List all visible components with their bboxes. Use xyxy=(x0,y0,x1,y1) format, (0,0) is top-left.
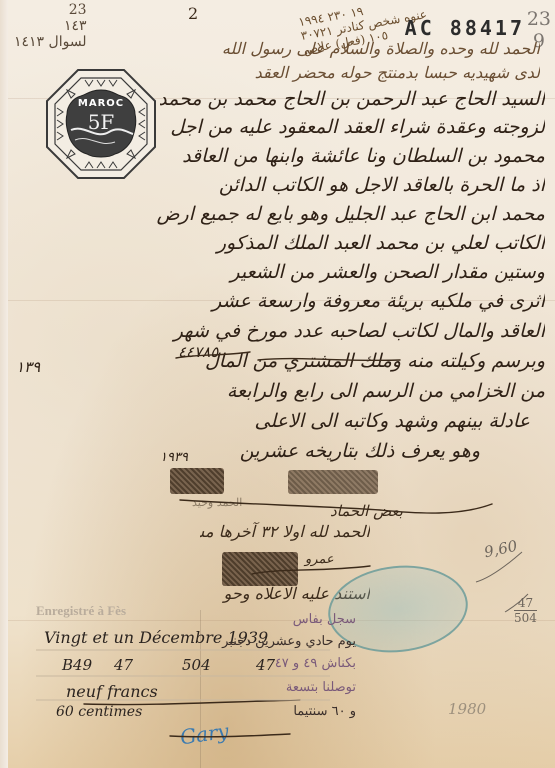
pencil-year: 1980 xyxy=(448,700,486,718)
fraction-denominator: 504 xyxy=(514,610,537,625)
note-line: 23 xyxy=(14,2,87,18)
witness-2-name: بعض الحماد xyxy=(330,502,403,520)
body-line: اذ ما الحرة بالعاقد الاجل هو الكاتب الدا… xyxy=(10,174,545,196)
registration-amount-francs: neuf francs xyxy=(66,682,158,701)
inline-number: ٤٤٧٨٥ xyxy=(178,343,218,361)
body-line: الكاتب لعلي بن محمد العبد الملك المذكور xyxy=(10,232,545,254)
arabic-stamp-line: يوم حادي وعشرين دجنبر xyxy=(246,634,356,649)
body-line: وهو يعرف ذلك بتاريخه عشرين xyxy=(10,440,480,462)
registration-amount-centimes: 60 centimes xyxy=(56,704,142,720)
body-line: من الخزامي من الرسم الى رابع والرابعة xyxy=(10,380,545,402)
body-line: السيد الحاج عبد الرحمن بن الحاج محمد بن … xyxy=(160,88,545,110)
body-line: لزوجته وعقدة شراء العقد المعقود عليه من … xyxy=(10,116,545,138)
body-line: العاقد والمال لكاتب لصاحبه عدد مورخ في ش… xyxy=(10,320,545,342)
body-line: عادلة بينهم وشهد وكاتبه الى الاعلى xyxy=(10,410,530,432)
fraction-numerator: 47 xyxy=(514,596,537,610)
body-line: وبرسم وكيلته منه وملك المشتري من المال xyxy=(10,350,545,372)
signature-seal-ink xyxy=(222,552,298,586)
note-line: ١٤٣ xyxy=(14,18,87,34)
inline-year: ١٣٩ xyxy=(16,358,40,376)
body-line: محمد ابن الحاج عبد الجليل وهو بايع له جم… xyxy=(10,203,545,225)
page-number: 2 xyxy=(188,4,198,23)
inline-date: ١٩٣٩ xyxy=(160,450,188,465)
note-line: لسوال ١٤١٣ xyxy=(14,34,87,50)
body-line: لدى شهيديه حبسا بدمنتج حوله محضر العقد xyxy=(40,62,540,84)
stamp-country: MAROC xyxy=(45,98,157,109)
arabic-stamp-line: توصلنا بتسعة xyxy=(266,680,356,695)
serial-number: AC 88417 xyxy=(405,16,525,40)
registration-printed-label: Enregistré à Fès xyxy=(36,603,126,619)
witness-1-name: الحمد وحيد xyxy=(192,496,242,509)
notary-line: الحمد لله اولا ٣٢ آخرها مساو اعلم xyxy=(200,522,370,541)
body-line: الحمد لله وحده والصلاة والسلام على رسول … xyxy=(110,38,540,60)
registration-folio-3: 504 xyxy=(182,656,211,674)
body-line: اثرى في ملكيه بريئة معروفة وارسعة عشر xyxy=(10,290,545,312)
arabic-stamp-line: و ٦٠ سنتيما xyxy=(276,704,356,719)
fold-line xyxy=(8,620,555,621)
notary-name: عمرو xyxy=(305,552,334,567)
registration-folio-1: B49 xyxy=(62,656,92,674)
arabic-stamp-line: سجل بفاس xyxy=(296,612,356,627)
signature-seal-ink xyxy=(288,470,378,494)
arabic-stamp-line: بكناش ٤٩ و ٤٧ xyxy=(266,656,356,671)
registration-folio-2: 47 xyxy=(114,656,133,674)
top-left-note: 23 ١٤٣ لسوال ١٤١٣ xyxy=(14,2,87,50)
signature-seal-ink xyxy=(170,468,224,494)
body-line: محمود بن السلطان ونا عائشة وابنها من الع… xyxy=(10,145,545,167)
body-line: وستين مقدار الصحن والعشر من الشعير xyxy=(10,261,545,283)
corner-number-top: 23 xyxy=(527,8,551,30)
pencil-fraction: 47 504 xyxy=(514,596,537,625)
